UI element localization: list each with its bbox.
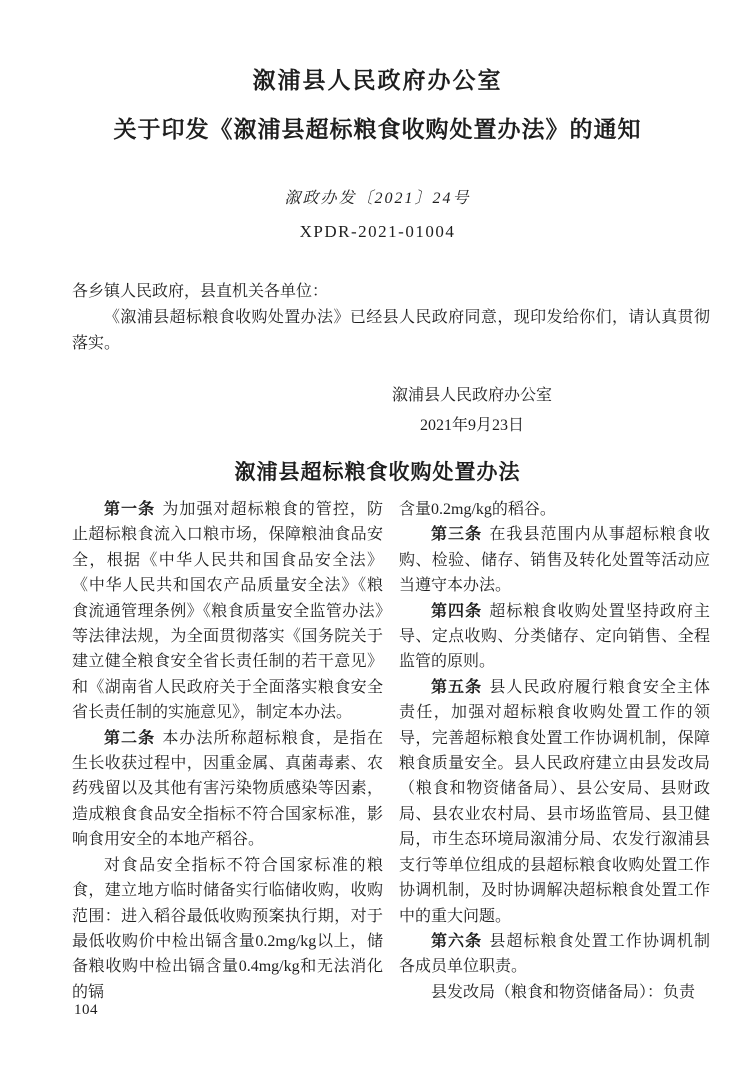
- notice-body: 各乡镇人民政府，县直机关各单位： 《溆浦县超标粮食收购处置办法》已经县人民政府同…: [72, 279, 710, 441]
- article-number: 第四条: [431, 603, 482, 620]
- article-paragraph: 县发改局（粮食和物资储备局）：负责: [399, 980, 710, 1005]
- signature-org: 溆浦县人民政府办公室: [392, 381, 552, 411]
- right-column: 含量0.2mg/kg的稻谷。 第三条在我县范围内从事超标粮食收购、检验、储存、销…: [399, 497, 710, 1005]
- two-column-body: 第一条为加强对超标粮食的管控，防止超标粮食流入口粮市场，保障粮油食品安全，根据《…: [72, 497, 710, 1005]
- article-paragraph: 第六条县超标粮食处置工作协调机制各成员单位职责。: [399, 929, 710, 980]
- page-number: 104: [74, 1002, 98, 1019]
- doc-code: XPDR-2021-01004: [0, 221, 755, 243]
- article-paragraph: 第三条在我县范围内从事超标粮食收购、检验、储存、销售及转化处置等活动应当遵守本办…: [399, 522, 710, 598]
- article-paragraph: 含量0.2mg/kg的稻谷。: [399, 497, 710, 522]
- measures-title: 溆浦县超标粮食收购处置办法: [0, 459, 755, 486]
- left-column: 第一条为加强对超标粮食的管控，防止超标粮食流入口粮市场，保障粮油食品安全，根据《…: [72, 497, 383, 1005]
- article-text: 含量0.2mg/kg的稻谷。: [399, 501, 556, 518]
- article-paragraph: 第一条为加强对超标粮食的管控，防止超标粮食流入口粮市场，保障粮油食品安全，根据《…: [72, 497, 383, 726]
- article-text: 为加强对超标粮食的管控，防止超标粮食流入口粮市场，保障粮油食品安全，根据《中华人…: [72, 501, 383, 721]
- article-number: 第六条: [431, 933, 482, 950]
- signature-date: 2021年9月23日: [392, 411, 552, 441]
- article-paragraph: 第四条超标粮食收购处置坚持政府主导、定点收购、分类储存、定向销售、全程监管的原则…: [399, 599, 710, 675]
- article-number: 第三条: [431, 526, 482, 543]
- article-paragraph: 对食品安全指标不符合国家标准的粮食，建立地方临时储备实行临储收购，收购范围：进入…: [72, 853, 383, 1005]
- notice-paragraph: 《溆浦县超标粮食收购处置办法》已经县人民政府同意，现印发给你们，请认真贯彻落实。: [72, 305, 710, 357]
- document-page: 溆浦县人民政府办公室 关于印发《溆浦县超标粮食收购处置办法》的通知 溆政办发〔2…: [0, 0, 755, 1077]
- article-paragraph: 第二条本办法所称超标粮食，是指在生长收获过程中，因重金属、真菌毒素、农药残留以及…: [72, 726, 383, 853]
- signature-block: 溆浦县人民政府办公室 2021年9月23日: [392, 381, 552, 441]
- article-paragraph: 第五条县人民政府履行粮食安全主体责任，加强对超标粮食收购处置工作的领导，完善超标…: [399, 675, 710, 929]
- notice-title-line1: 溆浦县人民政府办公室: [0, 0, 755, 96]
- article-text: 县人民政府履行粮食安全主体责任，加强对超标粮食收购处置工作的领导，完善超标粮食处…: [399, 679, 710, 925]
- notice-title-line2: 关于印发《溆浦县超标粮食收购处置办法》的通知: [0, 115, 755, 145]
- article-number: 第一条: [104, 501, 155, 518]
- article-number: 第二条: [104, 730, 155, 747]
- article-text: 本办法所称超标粮食，是指在生长收获过程中，因重金属、真菌毒素、农药残留以及其他有…: [72, 730, 383, 849]
- doc-number: 溆政办发〔2021〕24号: [0, 189, 755, 209]
- document-header: 溆浦县人民政府办公室 关于印发《溆浦县超标粮食收购处置办法》的通知 溆政办发〔2…: [0, 0, 755, 243]
- article-text: 对食品安全指标不符合国家标准的粮食，建立地方临时储备实行临储收购，收购范围：进入…: [72, 857, 383, 1001]
- article-number: 第五条: [431, 679, 482, 696]
- article-text: 县发改局（粮食和物资储备局）：负责: [431, 984, 695, 1001]
- salutation: 各乡镇人民政府，县直机关各单位：: [72, 279, 710, 305]
